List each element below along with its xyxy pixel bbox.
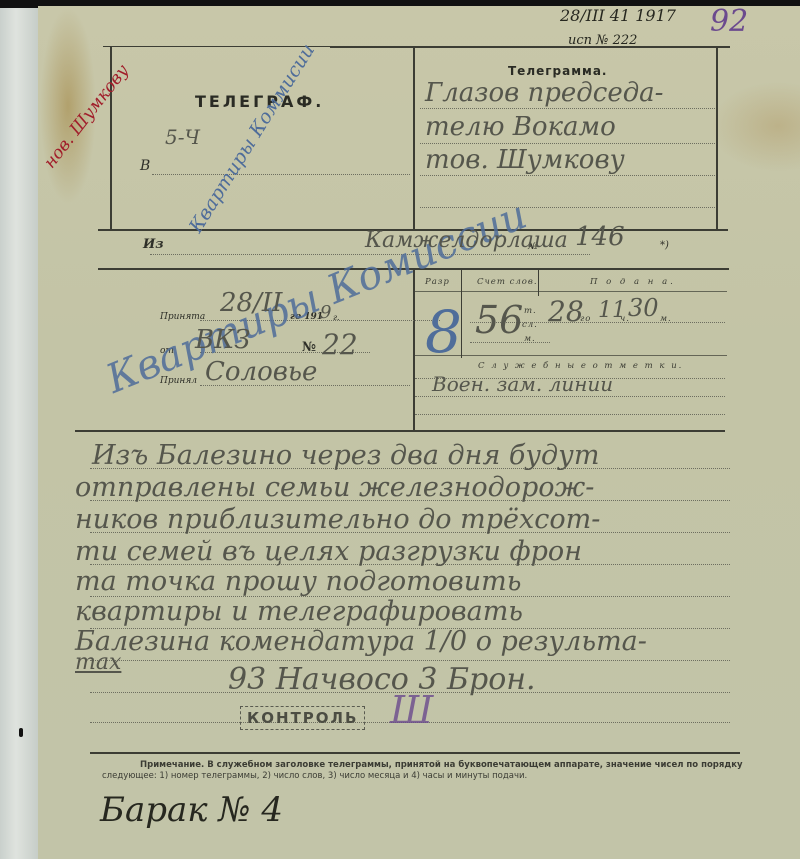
footnote-line-2: следующее: 1) номер телеграммы, 2) число…	[102, 771, 527, 781]
received-date: 28/II	[220, 288, 282, 318]
form-line	[538, 268, 539, 296]
category-label: Разр	[425, 277, 450, 287]
unit-sl: сл.	[522, 320, 538, 330]
service-marks-value: Воен. зам. линии	[432, 372, 613, 396]
address-line-2: телю Вокамо	[425, 112, 616, 142]
control-stamp: КОНТРОЛЬ	[240, 706, 365, 730]
form-line	[75, 430, 725, 432]
footnote-marker: *)	[660, 240, 669, 251]
body-line: ников приблизительно до трёхсот-	[75, 504, 600, 535]
unit-t: т.	[524, 306, 537, 316]
address-line	[420, 175, 715, 176]
to-label: В	[140, 158, 150, 174]
address-line-1: Глазов председа-	[425, 78, 663, 108]
service-line	[415, 414, 725, 415]
category-value: 8	[425, 298, 462, 366]
submitted-hour: 11	[598, 298, 626, 323]
form-line	[330, 46, 730, 48]
barrack-note: Барак № 4	[100, 790, 283, 830]
submitted-label: П о д а н а.	[590, 277, 676, 287]
address-line	[420, 108, 715, 109]
form-line	[413, 268, 415, 430]
word-count-value: 56	[475, 298, 523, 342]
to-value: 5-Ч	[165, 125, 200, 149]
body-line: та точка прошу подготовить	[75, 566, 521, 597]
telegram-header: Телеграмма.	[508, 64, 607, 78]
body-line: Балезина комендатура 1/0 о результа-	[75, 626, 647, 657]
service-marks-label: С л у ж е б н ы е о т м е т к и.	[478, 361, 683, 371]
from-station-value: ВКЗ	[195, 325, 250, 355]
received-year-digit: 9	[320, 302, 331, 323]
accepted-by-value: Соловье	[205, 357, 317, 387]
signature-line: 93 Начвосо 3 Брон.	[228, 662, 536, 697]
top-number: исп № 222	[568, 33, 637, 48]
punch-hole	[19, 728, 23, 737]
from-label: Из	[143, 237, 164, 252]
footnote-line-1: Примечание. В служебном заголовке телегр…	[140, 760, 743, 770]
address-line	[420, 143, 715, 144]
unit-m: м.	[524, 334, 536, 344]
service-line	[415, 396, 725, 397]
page-number: 92	[710, 4, 748, 39]
unit-minute: м.	[660, 314, 672, 324]
number-label: №	[302, 340, 316, 355]
from-value: Камжелдорлаша	[365, 228, 568, 253]
body-line: отправлены семьи железнодорож-	[75, 472, 594, 503]
body-line: тах	[75, 650, 121, 675]
to-field-line	[152, 174, 410, 175]
form-line	[413, 46, 415, 230]
count-line	[470, 342, 550, 343]
control-initials: Ш	[390, 688, 433, 732]
body-line: ти семей въ целях разгрузки фрон	[75, 536, 582, 567]
submitted-day: 28	[548, 295, 584, 328]
word-count-label: Счет слов.	[477, 277, 538, 287]
from-number: 146	[575, 222, 625, 252]
form-line	[716, 46, 718, 230]
address-line	[420, 207, 715, 208]
body-line	[90, 660, 730, 661]
top-date: 28/III 41 1917	[560, 6, 676, 25]
number-value: 22	[322, 328, 358, 361]
body-line: Изъ Балезино через два дня будут	[92, 440, 599, 471]
form-line	[90, 752, 740, 754]
address-line-3: тов. Шумкову	[425, 145, 625, 175]
submitted-minute: 30	[628, 294, 659, 322]
body-line: квартиры и телеграфировать	[75, 596, 523, 627]
